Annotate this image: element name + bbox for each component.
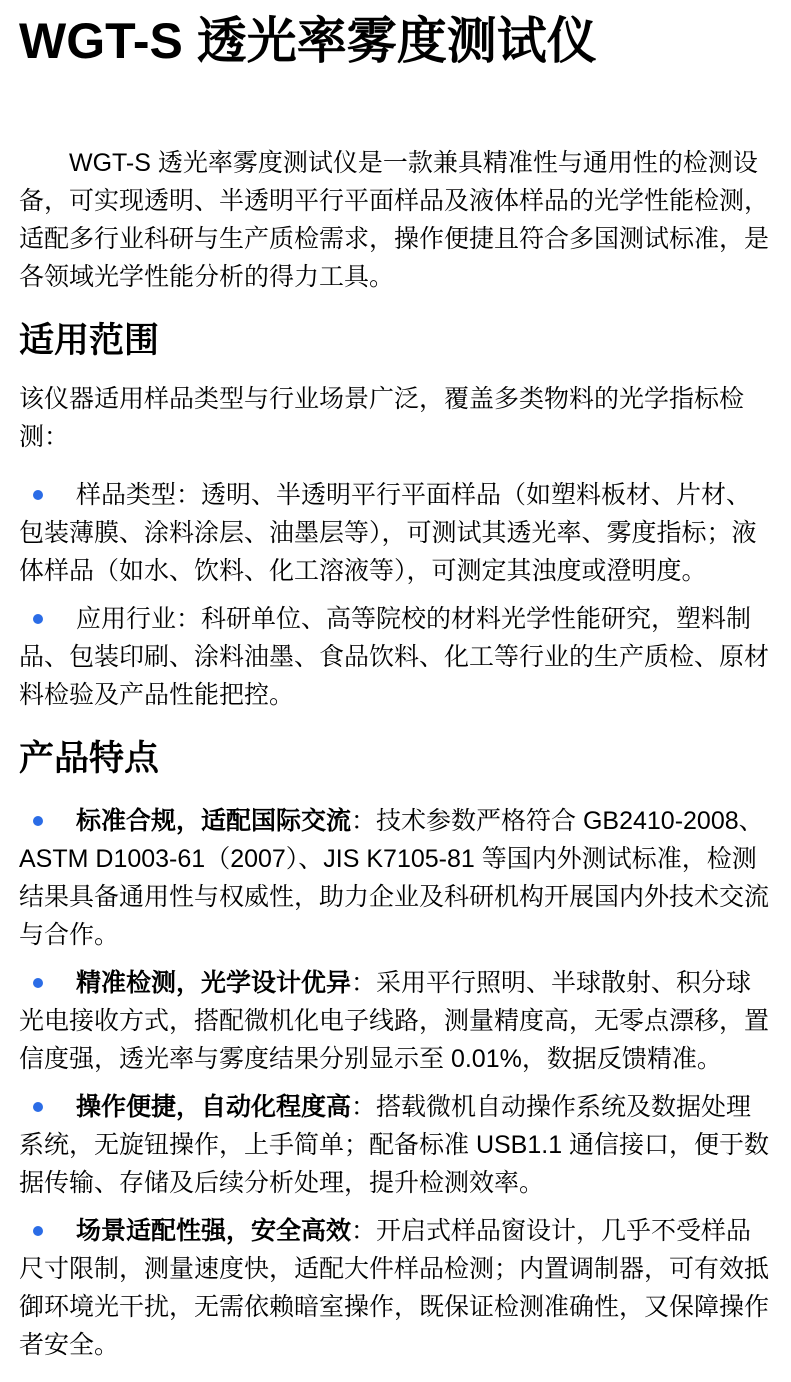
bullet-icon [33, 614, 43, 624]
list-item: 应用行业：科研单位、高等院校的材料光学性能研究，塑料制品、包装印刷、涂料油墨、食… [19, 600, 772, 714]
list-item: 精准检测，光学设计优异：采用平行照明、半球散射、积分球光电接收方式，搭配微机化电… [19, 964, 772, 1078]
bullet-icon [33, 978, 43, 988]
bullet-icon [33, 490, 43, 500]
section-heading-features: 产品特点 [19, 736, 772, 782]
section-heading-scope: 适用范围 [19, 318, 772, 364]
document-body: WGT-S 透光率雾度测试仪 WGT-S 透光率雾度测试仪是一款兼具精准性与通用… [0, 12, 791, 1382]
intro-paragraph: WGT-S 透光率雾度测试仪是一款兼具精准性与通用性的检测设备，可实现透明、半透… [19, 144, 772, 296]
list-item-bold-lead: 场景适配性强，安全高效 [76, 1217, 351, 1245]
page-title: WGT-S 透光率雾度测试仪 [19, 12, 772, 70]
list-item-bold-lead: 精准检测，光学设计优异 [76, 969, 351, 997]
bullet-icon [33, 1226, 43, 1236]
scope-lead-paragraph: 该仪器适用样品类型与行业场景广泛，覆盖多类物料的光学指标检测： [19, 380, 772, 456]
list-item-bold-lead: 标准合规，适配国际交流 [76, 807, 351, 835]
list-item: 场景适配性强，安全高效：开启式样品窗设计，几乎不受样品尺寸限制，测量速度快，适配… [19, 1212, 772, 1364]
bullet-icon [33, 1102, 43, 1112]
list-item-text: 样品类型：透明、半透明平行平面样品（如塑料板材、片材、包装薄膜、涂料涂层、油墨层… [19, 481, 757, 585]
list-item-bold-lead: 操作便捷，自动化程度高 [76, 1093, 351, 1121]
list-item: 样品类型：透明、半透明平行平面样品（如塑料板材、片材、包装薄膜、涂料涂层、油墨层… [19, 476, 772, 590]
bullet-icon [33, 816, 43, 826]
document-page: { "colors": { "background": "#ffffff", "… [0, 12, 791, 1382]
list-item: 标准合规，适配国际交流：技术参数严格符合 GB2410-2008、ASTM D1… [19, 802, 772, 954]
list-item-text: 应用行业：科研单位、高等院校的材料光学性能研究，塑料制品、包装印刷、涂料油墨、食… [19, 605, 769, 709]
list-item: 操作便捷，自动化程度高：搭载微机自动操作系统及数据处理系统，无旋钮操作，上手简单… [19, 1088, 772, 1202]
